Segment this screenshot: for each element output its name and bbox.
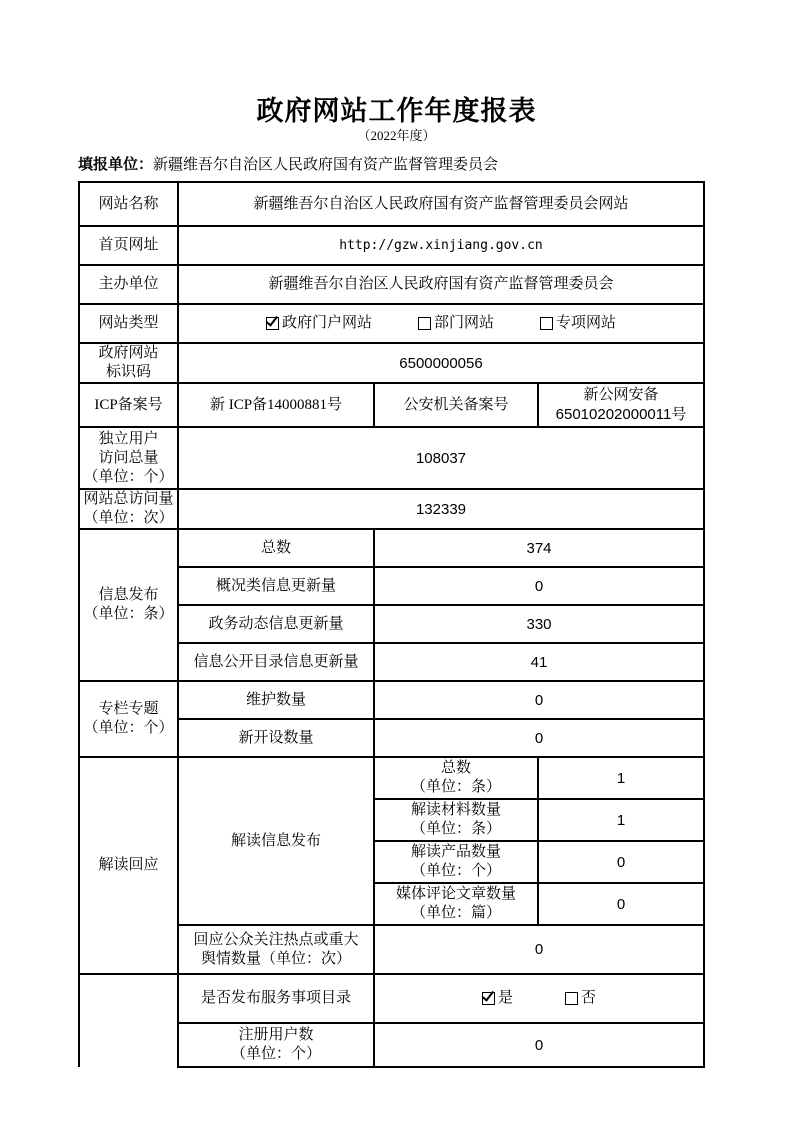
option-no-label: 否 — [581, 989, 596, 1008]
police-record-value-line2: 65010202000011号 — [541, 405, 701, 424]
interp-media-label-line1: 媒体评论文章数量 — [377, 885, 535, 904]
option-yes-label: 是 — [498, 989, 513, 1008]
row-info-publish-total: 信息发布 （单位：条） 总数 374 — [79, 529, 704, 567]
total-visits-label-line2: （单位：次） — [82, 509, 175, 528]
special-columns-section-label: 专栏专题 （单位：个） — [79, 681, 178, 757]
site-name-value: 新疆维吾尔自治区人民政府国有资产监督管理委员会网站 — [178, 182, 704, 226]
service-catalog-options-cell: 是 否 — [374, 974, 704, 1023]
option-yes: 是 — [482, 989, 513, 1008]
registered-users-value: 0 — [374, 1023, 704, 1067]
site-name-label: 网站名称 — [79, 182, 178, 226]
info-catalog-label: 信息公开目录信息更新量 — [178, 643, 374, 681]
hotspot-label: 回应公众关注热点或重大 舆情数量（单位：次） — [178, 925, 374, 974]
option-no: 否 — [565, 989, 596, 1008]
row-site-name: 网站名称 新疆维吾尔自治区人民政府国有资产监督管理委员会网站 — [79, 182, 704, 226]
info-publish-label-line1: 信息发布 — [82, 586, 175, 605]
interp-material-label-line2: （单位：条） — [377, 820, 535, 839]
interp-total-value: 1 — [538, 757, 704, 799]
hotspot-value: 0 — [374, 925, 704, 974]
interp-product-value: 0 — [538, 841, 704, 883]
checkbox-unchecked-icon — [565, 992, 578, 1005]
interpretation-publish-label: 解读信息发布 — [178, 757, 374, 925]
total-visits-label-line1: 网站总访问量 — [82, 490, 175, 509]
option-special-site-label: 专项网站 — [556, 314, 616, 333]
unique-visitors-label-line2: 访问总量 — [82, 449, 175, 468]
info-total-label: 总数 — [178, 529, 374, 567]
option-department-site: 部门网站 — [418, 314, 494, 333]
option-department-site-label: 部门网站 — [434, 314, 494, 333]
special-maintain-value: 0 — [374, 681, 704, 719]
special-maintain-label: 维护数量 — [178, 681, 374, 719]
info-dynamic-value: 330 — [374, 605, 704, 643]
option-special-site: 专项网站 — [540, 314, 616, 333]
row-service-catalog: 是否发布服务事项目录 是 否 — [79, 974, 704, 1023]
service-catalog-label: 是否发布服务事项目录 — [178, 974, 374, 1023]
site-id-label-line2: 标识码 — [82, 363, 175, 382]
report-unit-label: 填报单位： — [78, 156, 153, 173]
interp-product-label-line2: （单位：个） — [377, 862, 535, 881]
report-unit-value: 新疆维吾尔自治区人民政府国有资产监督管理委员会 — [153, 157, 498, 173]
police-record-value: 新公网安备 65010202000011号 — [538, 383, 704, 427]
icp-value: 新 ICP备14000881号 — [178, 383, 374, 427]
site-type-options: 政府门户网站 部门网站 专项网站 — [181, 314, 701, 333]
registered-users-label-line1: 注册用户数 — [181, 1026, 371, 1045]
home-url-value: http://gzw.xinjiang.gov.cn — [178, 226, 704, 265]
total-visits-label: 网站总访问量 （单位：次） — [79, 489, 178, 529]
page-title: 政府网站工作年度报表 — [0, 0, 793, 125]
interp-material-label-line1: 解读材料数量 — [377, 801, 535, 820]
police-record-value-line1: 新公网安备 — [541, 386, 701, 405]
row-site-type: 网站类型 政府门户网站 部门网站 专项网站 — [79, 304, 704, 343]
option-portal-site: 政府门户网站 — [266, 314, 372, 333]
special-columns-label-line2: （单位：个） — [82, 719, 175, 738]
icp-label: ICP备案号 — [79, 383, 178, 427]
checkbox-unchecked-icon — [540, 317, 553, 330]
hotspot-label-line1: 回应公众关注热点或重大 — [181, 931, 371, 950]
interpretation-section-label: 解读回应 — [79, 757, 178, 974]
service-section-header-cell — [79, 974, 178, 1067]
row-interp-total: 解读回应 解读信息发布 总数 （单位：条） 1 — [79, 757, 704, 799]
service-catalog-options: 是 否 — [377, 989, 701, 1008]
interp-media-value: 0 — [538, 883, 704, 925]
organizer-value: 新疆维吾尔自治区人民政府国有资产监督管理委员会 — [178, 265, 704, 304]
info-total-value: 374 — [374, 529, 704, 567]
home-url-label: 首页网址 — [79, 226, 178, 265]
registered-users-label: 注册用户数 （单位：个） — [178, 1023, 374, 1067]
site-type-label: 网站类型 — [79, 304, 178, 343]
police-record-label: 公安机关备案号 — [374, 383, 538, 427]
interp-material-label: 解读材料数量 （单位：条） — [374, 799, 538, 841]
row-special-maintain: 专栏专题 （单位：个） 维护数量 0 — [79, 681, 704, 719]
hotspot-label-line2: 舆情数量（单位：次） — [181, 950, 371, 969]
special-new-label: 新开设数量 — [178, 719, 374, 757]
interp-media-label: 媒体评论文章数量 （单位：篇） — [374, 883, 538, 925]
interp-total-label-line1: 总数 — [377, 759, 535, 778]
interp-product-label: 解读产品数量 （单位：个） — [374, 841, 538, 883]
unique-visitors-label-line3: （单位：个） — [82, 468, 175, 487]
special-columns-label-line1: 专栏专题 — [82, 700, 175, 719]
report-page: 政府网站工作年度报表 （2022年度） 填报单位：新疆维吾尔自治区人民政府国有资… — [0, 0, 793, 1122]
interp-media-label-line2: （单位：篇） — [377, 904, 535, 923]
site-id-label: 政府网站 标识码 — [79, 343, 178, 383]
info-overview-label: 概况类信息更新量 — [178, 567, 374, 605]
checkbox-unchecked-icon — [418, 317, 431, 330]
info-catalog-value: 41 — [374, 643, 704, 681]
option-portal-site-label: 政府门户网站 — [282, 314, 372, 333]
interp-material-value: 1 — [538, 799, 704, 841]
interp-total-label: 总数 （单位：条） — [374, 757, 538, 799]
unique-visitors-label: 独立用户 访问总量 （单位：个） — [79, 427, 178, 489]
total-visits-value: 132339 — [178, 489, 704, 529]
site-id-value: 6500000056 — [178, 343, 704, 383]
info-dynamic-label: 政务动态信息更新量 — [178, 605, 374, 643]
row-organizer: 主办单位 新疆维吾尔自治区人民政府国有资产监督管理委员会 — [79, 265, 704, 304]
special-new-value: 0 — [374, 719, 704, 757]
unique-visitors-label-line1: 独立用户 — [82, 430, 175, 449]
info-overview-value: 0 — [374, 567, 704, 605]
info-publish-section-label: 信息发布 （单位：条） — [79, 529, 178, 681]
site-type-options-cell: 政府门户网站 部门网站 专项网站 — [178, 304, 704, 343]
interp-product-label-line1: 解读产品数量 — [377, 843, 535, 862]
row-site-id: 政府网站 标识码 6500000056 — [79, 343, 704, 383]
site-id-label-line1: 政府网站 — [82, 344, 175, 363]
unique-visitors-value: 108037 — [178, 427, 704, 489]
row-icp: ICP备案号 新 ICP备14000881号 公安机关备案号 新公网安备 650… — [79, 383, 704, 427]
report-unit-line: 填报单位：新疆维吾尔自治区人民政府国有资产监督管理委员会 — [78, 156, 793, 174]
row-unique-visitors: 独立用户 访问总量 （单位：个） 108037 — [79, 427, 704, 489]
interp-total-label-line2: （单位：条） — [377, 778, 535, 797]
row-home-url: 首页网址 http://gzw.xinjiang.gov.cn — [79, 226, 704, 265]
row-total-visits: 网站总访问量 （单位：次） 132339 — [79, 489, 704, 529]
annual-report-table: 网站名称 新疆维吾尔自治区人民政府国有资产监督管理委员会网站 首页网址 http… — [78, 181, 705, 1068]
organizer-label: 主办单位 — [79, 265, 178, 304]
registered-users-label-line2: （单位：个） — [181, 1045, 371, 1064]
checkbox-checked-icon — [482, 992, 495, 1005]
checkbox-checked-icon — [266, 317, 279, 330]
page-subtitle: （2022年度） — [0, 128, 793, 144]
info-publish-label-line2: （单位：条） — [82, 605, 175, 624]
